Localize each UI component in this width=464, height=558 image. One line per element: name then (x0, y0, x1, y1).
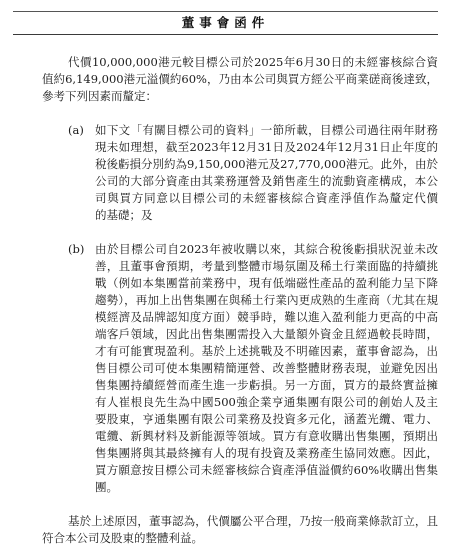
page-title: 董事會函件 (13, 14, 438, 32)
header-rule-bottom (13, 34, 438, 35)
paragraph-line: 稅後虧損分別約為9,150,000港元及27,770,000港元。此外，由於目標 (95, 156, 438, 173)
header-rule-top (13, 11, 438, 12)
paragraph-line: 售目標公司可使本集團精簡運營、改善整體財務表現，並避免因出 (95, 360, 438, 377)
paragraph-line: 電纜、新興材料及新能源等領域。買方有意收購出售集團，預期出 (95, 428, 438, 445)
paragraph-line: 趨勢），再加上出售集團在與稀土行業內更成熟的生產商（尤其在規 (95, 292, 438, 309)
intro-paragraph: 代價10,000,000港元較目標公司於2025年6月30日的未經審核綜合資產淨… (42, 54, 438, 105)
item-label-b: (b) (68, 241, 84, 258)
paragraph-line: 售集團持續經營而產生進一步虧損。另一方面，買方的最終實益擁 (95, 377, 438, 394)
paragraph-line: 司與買方同意以目標公司的未經審核綜合資產淨值作為釐定代價 (95, 190, 438, 207)
paragraph-line: 模經濟及品牌認知度方面）競爭時，難以進入盈利能力更高的中高 (95, 309, 438, 326)
paragraph-line: 才有可能實現盈利。基於上述挑戰及不明確因素，董事會認為，出 (95, 343, 438, 360)
paragraph-line: 如下文「有關目標公司的資料」一節所載，目標公司過往兩年財務表 (95, 122, 438, 139)
paragraph-line: 現未如理想，截至2023年12月31日及2024年12月31日止年度的綜合 (95, 139, 438, 156)
paragraph-line: 參考下列因素而釐定： (42, 88, 438, 105)
conclusion-paragraph: 基於上述原因，董事認為，代價屬公平合理，乃按一般商業條款訂立，且 符合本公司及股… (42, 513, 438, 547)
item-b-paragraph: 由於目標公司自2023年被收購以來，其綜合稅後虧損狀況並未改 善，且董事會預期，… (95, 241, 438, 496)
paragraph-line: 值約6,149,000港元溢價約60%，乃由本公司與買方經公平商業磋商後達致，並 (42, 71, 438, 88)
paragraph-line: 代價10,000,000港元較目標公司於2025年6月30日的未經審核綜合資產淨 (42, 54, 438, 71)
paragraph-line: 買方願意按目標公司未經審核綜合資產淨值溢價約60%收購出售集 (95, 462, 438, 479)
paragraph-line: 由於目標公司自2023年被收購以來，其綜合稅後虧損狀況並未改 (95, 241, 438, 258)
paragraph-line: 戰（例如本集團當前業務中，現有低端磁性產品的盈利能力呈下降 (95, 275, 438, 292)
paragraph-line: 的基礎；及 (95, 207, 438, 224)
paragraph-line: 善，且董事會預期，考量到整體市場氛圍及稀土行業面臨的持續挑 (95, 258, 438, 275)
item-a-paragraph: 如下文「有關目標公司的資料」一節所載，目標公司過往兩年財務表 現未如理想，截至2… (95, 122, 438, 224)
item-label-a: (a) (68, 122, 84, 139)
paragraph-line: 團。 (95, 479, 438, 496)
paragraph-line: 售集團將與其最終擁有人的現有投資及業務產生協同效應。因此， (95, 445, 438, 462)
paragraph-line: 符合本公司及股東的整體利益。 (42, 530, 438, 547)
paragraph-line: 公司的大部分資產由其業務運營及銷售產生的流動資產構成，本公 (95, 173, 438, 190)
paragraph-line: 要股東，亨通集團有限公司業務及投資多元化，涵蓋光纜、電力、 (95, 411, 438, 428)
paragraph-line: 有人崔根良先生為中國500強企業亨通集團有限公司的創始人及主 (95, 394, 438, 411)
paragraph-line: 端客戶領域，因此出售集團需投入大量額外資金且經過較長時間， (95, 326, 438, 343)
paragraph-line: 基於上述原因，董事認為，代價屬公平合理，乃按一般商業條款訂立，且 (42, 513, 438, 530)
